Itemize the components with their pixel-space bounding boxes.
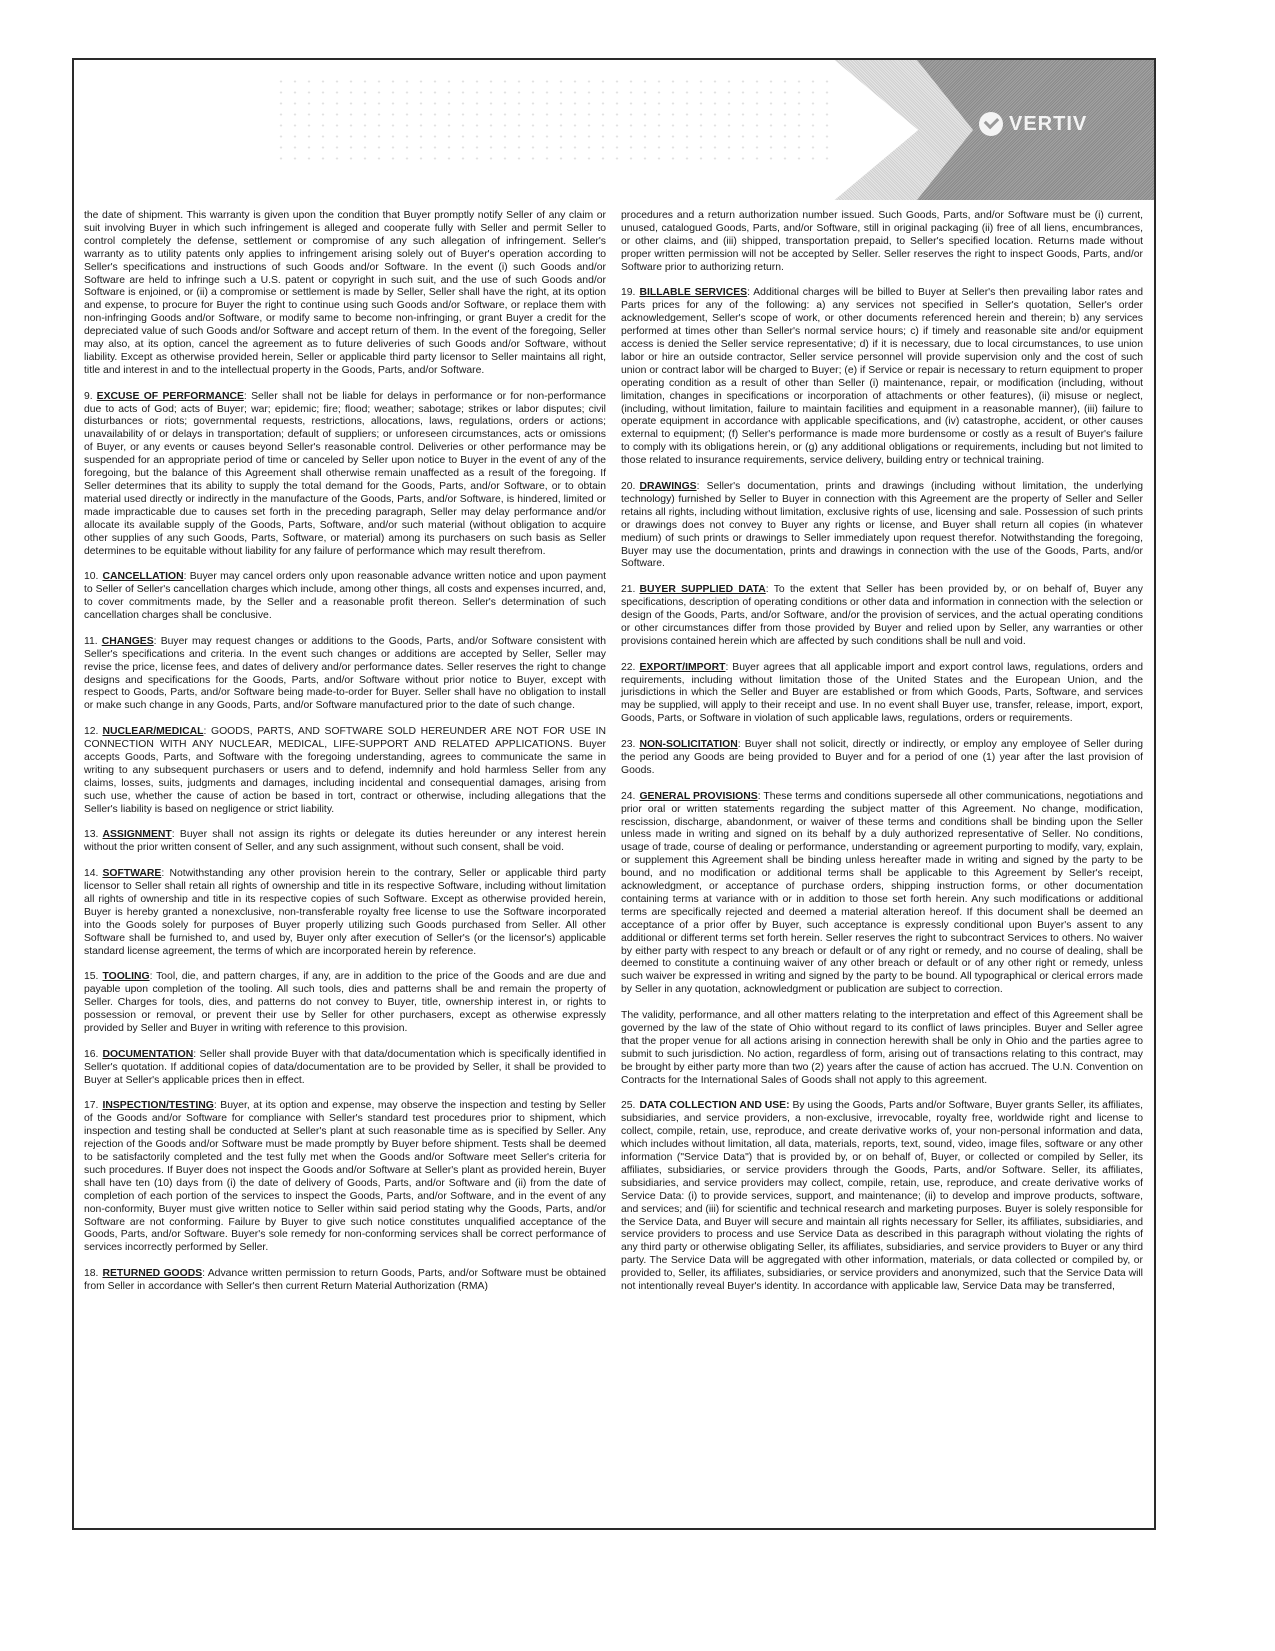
clause-title: GENERAL PROVISIONS <box>639 791 757 802</box>
clause-text: : GOODS, PARTS, AND SOFTWARE SOLD HEREUN… <box>84 726 606 814</box>
clause-title: EXPORT/IMPORT <box>639 662 725 673</box>
clause-number: 14. <box>84 868 98 879</box>
clause-paragraph: 24.GENERAL PROVISIONS: These terms and c… <box>621 791 1143 998</box>
clause-title: INSPECTION/TESTING <box>102 1100 213 1111</box>
clause-number: 11. <box>84 636 98 647</box>
clause-number: 19. <box>621 287 635 298</box>
clause-paragraph: 9.EXCUSE OF PERFORMANCE: Seller shall no… <box>84 391 606 559</box>
brand-name: VERTIV <box>1009 113 1087 136</box>
clause-title: EXCUSE OF PERFORMANCE <box>97 391 244 402</box>
clause-title: DRAWINGS <box>639 481 696 492</box>
clause-title: BILLABLE SERVICES <box>639 287 747 298</box>
clause-paragraph: 23.NON-SOLICITATION: Buyer shall not sol… <box>621 739 1143 778</box>
clause-number: 13. <box>84 829 98 840</box>
clause-number: 10. <box>84 571 98 582</box>
clause-title: SOFTWARE <box>102 868 161 879</box>
clause-text: : Tool, die, and pattern charges, if any… <box>84 971 606 1034</box>
clause-title: CHANGES <box>102 636 154 647</box>
document-page: VERTIV the date of shipment. This warran… <box>72 58 1156 1530</box>
clause-title: DATA COLLECTION AND USE: <box>639 1100 789 1111</box>
clause-number: 21. <box>621 584 635 595</box>
clause-paragraph: The validity, performance, and all other… <box>621 1010 1143 1087</box>
left-text-column: the date of shipment. This warranty is g… <box>84 210 606 1307</box>
clause-text: : Buyer may request changes or additions… <box>84 636 606 712</box>
clause-title: CANCELLATION <box>102 571 183 582</box>
right-text-column: procedures and a return authorization nu… <box>621 210 1143 1307</box>
clause-paragraph: 25.DATA COLLECTION AND USE: By using the… <box>621 1100 1143 1294</box>
clause-paragraph: 14.SOFTWARE: Notwithstanding any other p… <box>84 868 606 958</box>
clause-paragraph: 13.ASSIGNMENT: Buyer shall not assign it… <box>84 829 606 855</box>
clause-title: BUYER SUPPLIED DATA <box>639 584 765 595</box>
clause-number: 16. <box>84 1049 98 1060</box>
clause-paragraph: 16.DOCUMENTATION: Seller shall provide B… <box>84 1049 606 1088</box>
clause-text: procedures and a return authorization nu… <box>621 210 1143 273</box>
clause-text: : Additional charges will be billed to B… <box>621 287 1143 466</box>
clause-number: 20. <box>621 481 635 492</box>
clause-paragraph: 15.TOOLING: Tool, die, and pattern charg… <box>84 971 606 1036</box>
clause-number: 18. <box>84 1268 98 1279</box>
clause-paragraph: 21.BUYER SUPPLIED DATA: To the extent th… <box>621 584 1143 649</box>
clause-text: : Buyer, at its option and expense, may … <box>84 1100 606 1253</box>
clause-title: ASSIGNMENT <box>102 829 171 840</box>
clause-number: 17. <box>84 1100 98 1111</box>
clause-text: : Seller's documentation, prints and dra… <box>621 481 1143 569</box>
clause-title: TOOLING <box>102 971 149 982</box>
clause-title: DOCUMENTATION <box>102 1049 193 1060</box>
clause-text: : These terms and conditions supersede a… <box>621 791 1143 996</box>
clause-number: 23. <box>621 739 635 750</box>
clause-text: : Notwithstanding any other provision he… <box>84 868 606 956</box>
clause-paragraph: 18.RETURNED GOODS: Advance written permi… <box>84 1268 606 1294</box>
clause-title: NON-SOLICITATION <box>639 739 737 750</box>
clause-paragraph: 11.CHANGES: Buyer may request changes or… <box>84 636 606 713</box>
clause-text: By using the Goods, Parts and/or Softwar… <box>621 1100 1143 1292</box>
clause-paragraph: 12.NUCLEAR/MEDICAL: GOODS, PARTS, AND SO… <box>84 726 606 816</box>
clause-paragraph: 20.DRAWINGS: Seller's documentation, pri… <box>621 481 1143 571</box>
clause-title: NUCLEAR/MEDICAL <box>102 726 203 737</box>
header-dot-pattern <box>274 76 834 166</box>
clause-number: 9. <box>84 391 93 402</box>
clause-text: the date of shipment. This warranty is g… <box>84 210 606 376</box>
clause-paragraph: 10.CANCELLATION: Buyer may cancel orders… <box>84 571 606 623</box>
clause-number: 25. <box>621 1100 635 1111</box>
clause-paragraph: procedures and a return authorization nu… <box>621 210 1143 275</box>
clause-number: 24. <box>621 791 635 802</box>
clause-text: : Seller shall not be liable for delays … <box>84 391 606 557</box>
vertiv-chevron-logo-icon <box>979 112 1003 136</box>
clause-paragraph: 19.BILLABLE SERVICES: Additional charges… <box>621 287 1143 468</box>
clause-paragraph: 22.EXPORT/IMPORT: Buyer agrees that all … <box>621 662 1143 727</box>
clause-paragraph: the date of shipment. This warranty is g… <box>84 210 606 378</box>
clause-text: The validity, performance, and all other… <box>621 1010 1143 1086</box>
clause-paragraph: 17.INSPECTION/TESTING: Buyer, at its opt… <box>84 1100 606 1255</box>
clause-number: 22. <box>621 662 635 673</box>
clause-title: RETURNED GOODS <box>102 1268 202 1279</box>
vertiv-logo: VERTIV <box>979 112 1087 136</box>
clause-number: 15. <box>84 971 98 982</box>
clause-number: 12. <box>84 726 98 737</box>
page-header-banner: VERTIV <box>74 60 1154 200</box>
